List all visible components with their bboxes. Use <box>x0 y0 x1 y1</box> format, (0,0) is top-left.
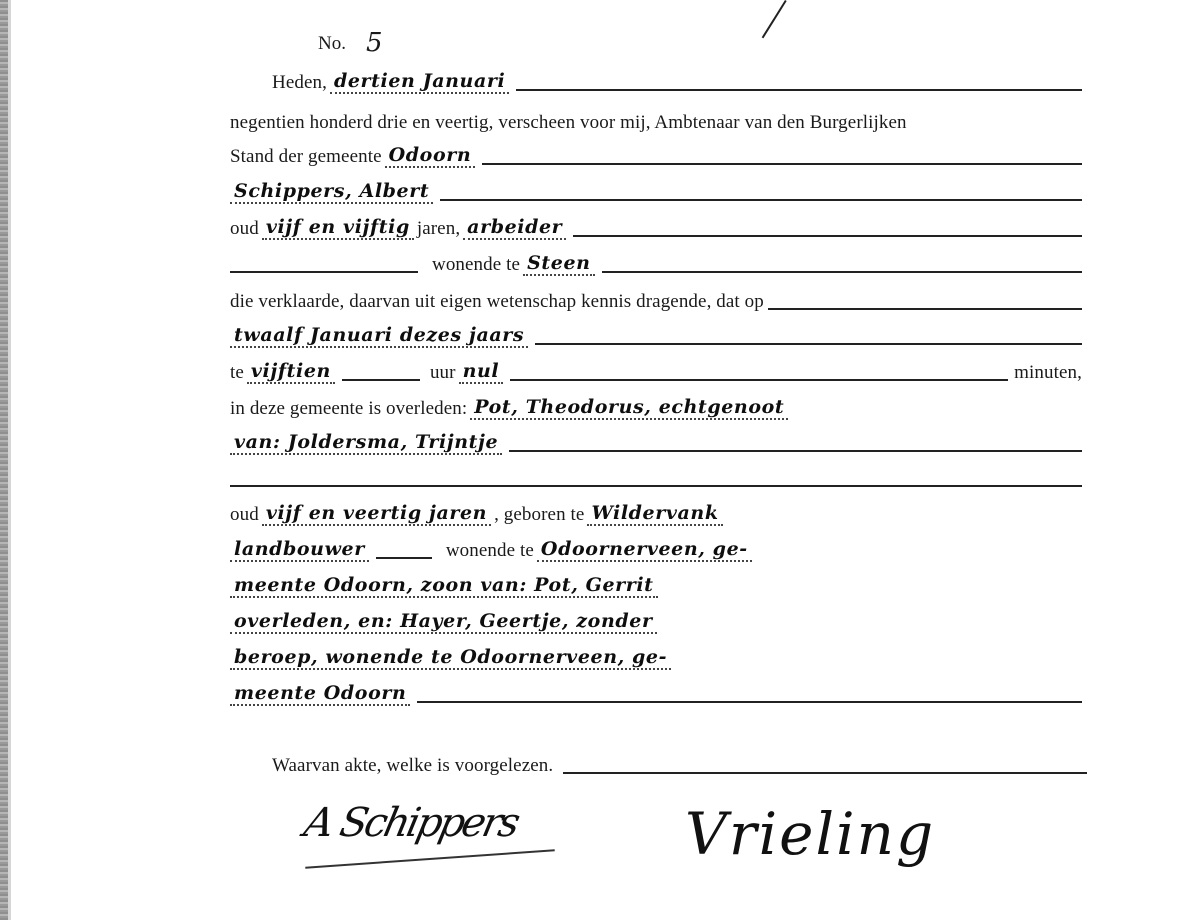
line-spouse: van: Joldersma, Trijntje <box>230 425 1082 455</box>
fill-line <box>602 271 1082 273</box>
handwritten-mother-residence: beroep, wonende te Odoornerveen, ge- <box>230 646 671 670</box>
fill-line <box>440 199 1082 201</box>
line-blank <box>230 460 1082 490</box>
handwritten-declarant-age: vijf en vijftig <box>262 216 414 240</box>
printed-wonende-te: wonende te <box>446 540 534 562</box>
line-parents-2: overleden, en: Hayer, Geertje, zonder <box>230 604 1082 634</box>
fill-line <box>482 163 1082 165</box>
printed-heden: Heden, <box>272 72 327 94</box>
fill-line <box>230 271 418 273</box>
printed-uur: uur <box>430 362 456 384</box>
handwritten-minutes: nul <box>459 360 504 384</box>
fill-line <box>417 701 1082 703</box>
handwritten-death-date: twaalf Januari dezes jaars <box>230 324 528 348</box>
signature-official: Vrieling <box>685 800 935 868</box>
line-closing: Waarvan akte, welke is voorgelezen. <box>272 755 1087 777</box>
signature-declarant: A Schippers <box>300 800 521 846</box>
handwritten-deceased-occupation: landbouwer <box>230 538 369 562</box>
line-death-date: twaalf Januari dezes jaars <box>230 318 1082 348</box>
handwritten-date: dertien Januari <box>330 70 509 94</box>
fill-line <box>535 343 1082 345</box>
printed-declaration: die verklaarde, daarvan uit eigen wetens… <box>230 291 764 313</box>
record-number-value: 5 <box>366 28 383 58</box>
fill-line <box>768 308 1082 310</box>
line-parents-1: meente Odoorn, zoon van: Pot, Gerrit <box>230 568 1082 598</box>
fill-line <box>516 89 1082 91</box>
printed-minuten: minuten, <box>1014 362 1082 384</box>
fill-line <box>510 379 1008 381</box>
line-parents-3: beroep, wonende te Odoornerveen, ge- <box>230 640 1082 670</box>
fill-line <box>376 557 432 559</box>
handwritten-spouse: van: Joldersma, Trijntje <box>230 431 502 455</box>
printed-oud: oud <box>230 504 259 526</box>
line-declarant-age: oud vijf en vijftig jaren, arbeider <box>230 210 1082 240</box>
signature-stroke <box>305 849 555 868</box>
printed-year-official: negentien honderd drie en veertig, versc… <box>230 112 907 134</box>
fill-line <box>342 379 420 381</box>
fill-line <box>573 235 1082 237</box>
line-parents-4: meente Odoorn <box>230 676 1082 706</box>
handwritten-deceased-residence: Odoornerveen, ge- <box>537 538 752 562</box>
fill-line <box>509 450 1082 452</box>
page-binding-shadow <box>8 0 11 920</box>
line-declaration: die verklaarde, daarvan uit eigen wetens… <box>230 283 1082 313</box>
fill-line <box>230 485 1082 487</box>
printed-geboren-te: , geboren te <box>494 504 584 526</box>
record-number-label: No. <box>318 33 346 55</box>
handwritten-declarant-occupation: arbeider <box>463 216 566 240</box>
line-declarant-name: Schippers, Albert <box>230 174 1082 204</box>
handwritten-mother: overleden, en: Hayer, Geertje, zonder <box>230 610 657 634</box>
handwritten-hour: vijftien <box>247 360 335 384</box>
fill-line <box>563 772 1087 774</box>
line-occupation-residence: landbouwer wonende te Odoornerveen, ge- <box>230 532 1082 562</box>
printed-closing: Waarvan akte, welke is voorgelezen. <box>272 755 553 777</box>
handwritten-declarant-name: Schippers, Albert <box>230 180 433 204</box>
handwritten-birthplace: Wildervank <box>587 502 722 526</box>
pen-stroke-mark <box>762 0 787 38</box>
handwritten-father: meente Odoorn, zoon van: Pot, Gerrit <box>230 574 658 598</box>
printed-overleden: in deze gemeente is overleden: <box>230 398 467 420</box>
page-binding-edge <box>0 0 8 920</box>
line-death-time: te vijftien uur nul minuten, <box>230 354 1082 384</box>
printed-te: te <box>230 362 244 384</box>
handwritten-municipality-end: meente Odoorn <box>230 682 410 706</box>
handwritten-deceased-name: Pot, Theodorus, echtgenoot <box>470 396 788 420</box>
handwritten-declarant-residence: Steen <box>523 252 595 276</box>
line-date: Heden, dertien Januari <box>272 64 1082 94</box>
printed-jaren: jaren, <box>417 218 460 240</box>
line-deceased-age-birthplace: oud vijf en veertig jaren , geboren te W… <box>230 496 1082 526</box>
printed-wonende-te: wonende te <box>432 254 520 276</box>
line-year-official: negentien honderd drie en veertig, versc… <box>230 104 1082 134</box>
line-declarant-residence: wonende te Steen <box>230 246 1082 276</box>
printed-oud: oud <box>230 218 259 240</box>
line-deceased: in deze gemeente is overleden: Pot, Theo… <box>230 390 1082 420</box>
line-municipality: Stand der gemeente Odoorn <box>230 138 1082 168</box>
handwritten-municipality: Odoorn <box>385 144 476 168</box>
printed-stand: Stand der gemeente <box>230 146 382 168</box>
handwritten-deceased-age: vijf en veertig jaren <box>262 502 491 526</box>
